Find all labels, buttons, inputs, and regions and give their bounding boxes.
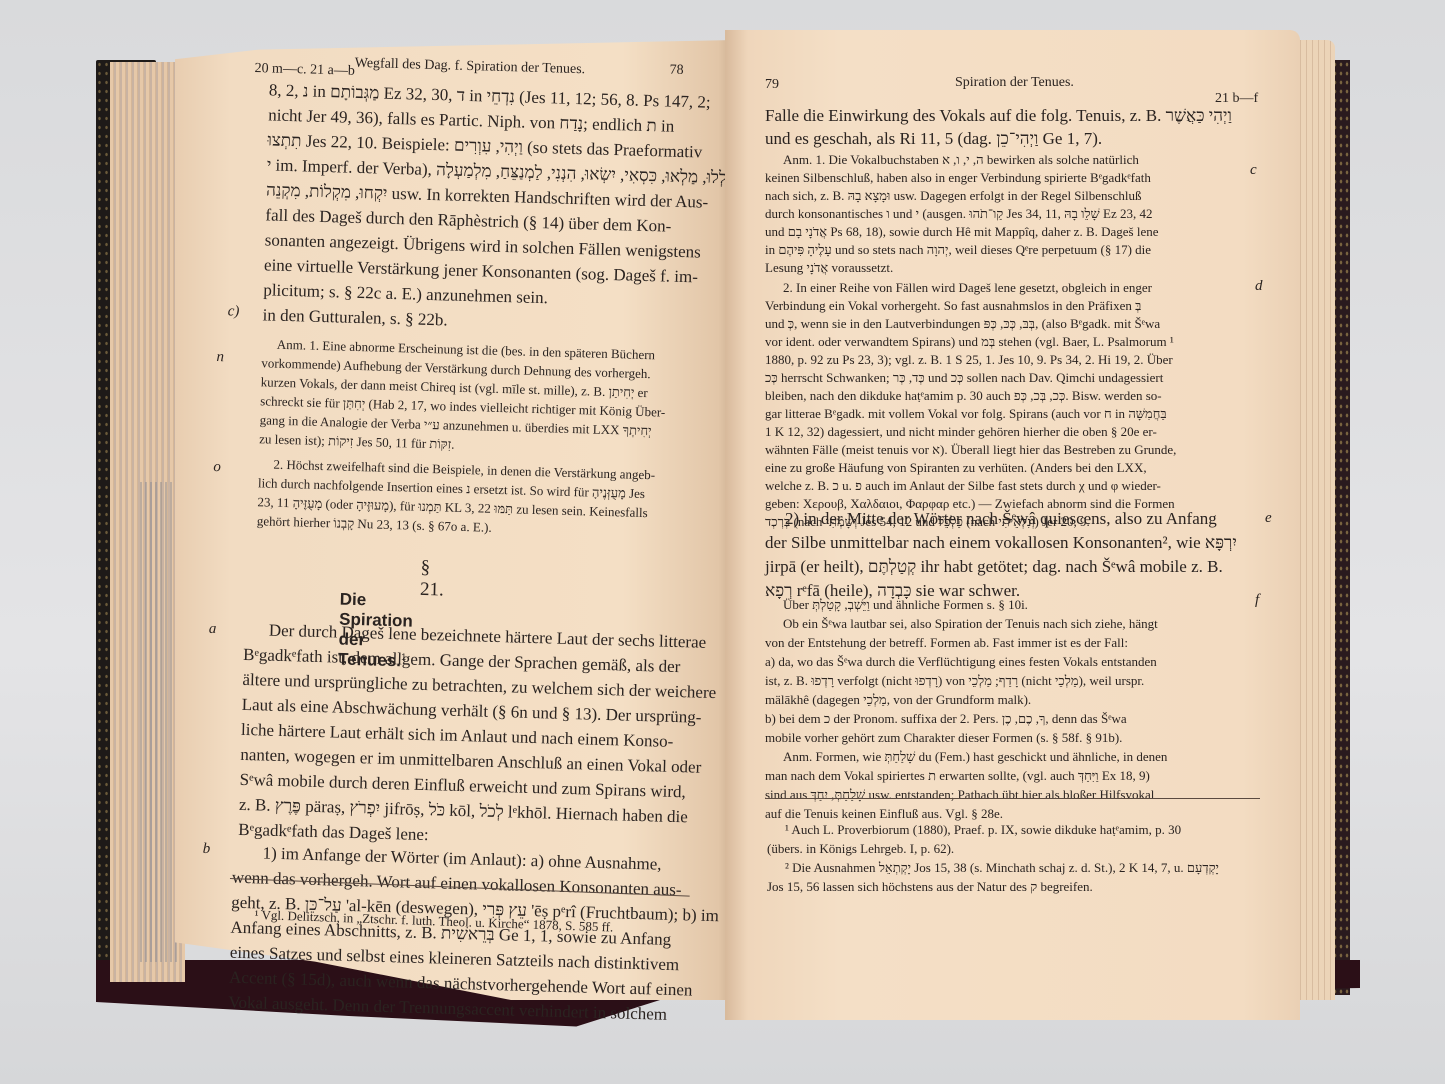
page-edges-left [110, 62, 185, 982]
note-line: nach sich, z. B. וּמָצָא בָהּ usw. Dageg… [765, 186, 1141, 205]
note-line: Verbindung ein Vokal vorhergeht. So fast… [765, 296, 1141, 315]
note-line: Anm. 1. Die Vokalbuchstaben ה, י, ו, א b… [783, 150, 1139, 169]
margin-marker-a: a [209, 621, 217, 638]
note-line: welche z. B. כ u. פ auch im Anlaut der S… [765, 476, 1161, 495]
note-line: gar litterae Bᵉgadk. mit vollem Vokal vo… [765, 404, 1167, 423]
footnote-divider-right [765, 798, 1260, 799]
text-line: der Silbe unmittelbar nach einem vokallo… [765, 530, 1237, 555]
note-line: man nach dem Vokal spiriertes ת erwarten… [765, 766, 1150, 785]
note-line: 1880, p. 92 zu Ps 23, 3); vgl. z. B. 1 S… [765, 350, 1173, 369]
right-footnote: Jos 15, 56 lassen sich höchstens aus der… [767, 877, 1093, 896]
note-line: mobile vorher gehört zum Charakter diese… [765, 728, 1122, 747]
margin-marker-b: b [202, 841, 210, 858]
note-line: Anm. Formen, wie שָׁלַחַתְּ du (Fem.) ha… [783, 747, 1167, 766]
note-line: mälākhê (dagegen מַלְכֵי, von der Grundf… [765, 690, 1031, 709]
note-line: von der Entstehung der betreff. Formen a… [765, 633, 1128, 652]
note-line: 1 K 12, 32) dagessiert, und nicht minder… [765, 422, 1157, 441]
margin-marker-o: o [213, 459, 221, 476]
note-line: eine zu große Häufung von Spiranten zu v… [765, 458, 1147, 477]
left-page-number: 78 [669, 58, 684, 83]
note-line: bleiben, nach den dikduke haṭᵉamim p. 30… [765, 386, 1162, 405]
note-line: Lesung אֲדֹנָי voraussetzt. [765, 258, 893, 277]
text-line: 2) in der Mitte der Wörter nach Šᵉwâ qui… [785, 506, 1217, 531]
note-line: 2. In einer Reihe von Fällen wird Dageš … [783, 278, 1152, 297]
note-line: sind aus שָׁלַחַתְּ, יִחַדְּ usw. entsta… [765, 785, 1154, 804]
note-line: durch konsonantisches ו und י (ausgen. ק… [765, 204, 1152, 223]
text-line: jirpā (er heilt), קְטַלְתֶּם ihr habt ge… [765, 554, 1223, 579]
note-line: und כְּ, wenn sie in den Lautverbindunge… [765, 314, 1160, 333]
section-number: § 21. [420, 557, 445, 602]
note-line: a) da, wo das Šᵉwa durch die Verflüchtig… [765, 652, 1157, 671]
margin-marker-d: d [1255, 278, 1263, 295]
right-footnote: ¹ Auch L. Proverbiorum (1880), Praef. p.… [785, 820, 1181, 839]
note-line: keinen Silbenschluß, haben also in enger… [765, 168, 1151, 187]
note-line: כְּכ herrscht Schwanken; כְּד, כְּר und … [765, 368, 1163, 387]
note-line: vor ident. oder verwandtem Spirans) und … [765, 332, 1174, 351]
note-line: wähnten Fälle (meist tenuis vor א). Über… [765, 440, 1176, 459]
right-page-number: 79 [765, 72, 779, 97]
item-c-text: in den Gutturalen, s. § 22b. [262, 302, 448, 332]
note-line: Über וַיֵּשְׁבְ, קָטַלְתְּ und ähnliche … [783, 595, 1028, 614]
note-line: Ob ein Šᵉwa lautbar sei, also Spiration … [783, 614, 1158, 633]
page-edges-right [1295, 40, 1335, 1000]
margin-marker-c: c [1250, 162, 1257, 179]
note-line: b) bei dem כ der Pronom. suffixa der 2. … [765, 709, 1127, 728]
note-line: ist, z. B. רָדְפוּ verfolgt (nicht רָדְפ… [765, 671, 1144, 690]
right-footnote: (übers. in Königs Lehrgeb. I, p. 62). [767, 839, 954, 858]
note-line: und אֲדֹנָי בָם Ps 68, 18), sowie durch … [765, 222, 1159, 241]
note-line: in עָלֶיהָ פִּיהֶם und so stets nach יְה… [765, 240, 1151, 259]
right-footnote: ² Die Ausnahmen יָקְתְאֵל Jos 15, 38 (s.… [785, 858, 1219, 877]
margin-marker-n: n [216, 349, 224, 366]
text-line: und es geschah, als Ri 11, 5 (dag. וַיְה… [765, 126, 1102, 151]
text-line: Falle die Einwirkung des Vokals auf die … [765, 103, 1232, 128]
margin-marker-f: f [1255, 592, 1259, 609]
right-running-title: Spiration der Tenues. [955, 70, 1074, 95]
margin-marker-e: e [1265, 510, 1272, 527]
margin-marker-c: c) [227, 303, 239, 320]
